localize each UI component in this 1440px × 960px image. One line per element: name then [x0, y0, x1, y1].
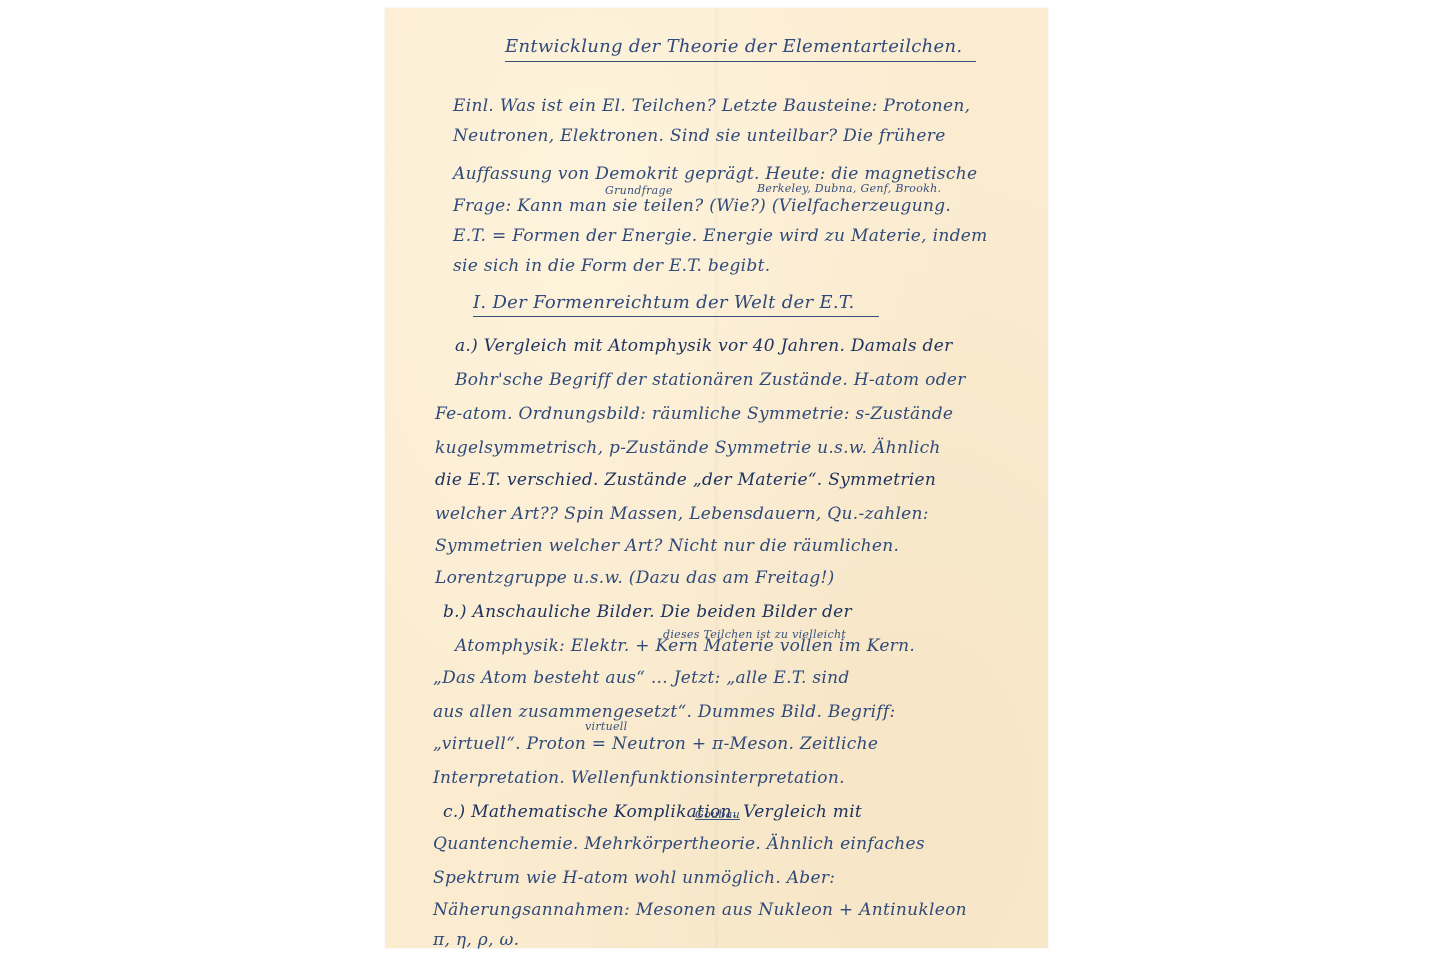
text-line: welcher Art?? Spin Massen, Lebensdauern,…	[435, 504, 929, 524]
text-line: Neutronen, Elektronen. Sind sie unteilba…	[453, 126, 946, 146]
page-title: Entwicklung der Theorie der Elementartei…	[505, 36, 976, 62]
text-line: c.) Mathematische Komplikation. Vergleic…	[443, 802, 862, 822]
text-line: Lorentzgruppe u.s.w. (Dazu das am Freita…	[435, 568, 835, 588]
text-line: die E.T. verschied. Zustände „der Materi…	[435, 470, 936, 490]
text-line: b.) Anschauliche Bilder. Die beiden Bild…	[443, 602, 852, 622]
text-line: Bohr'sche Begriff der stationären Zustän…	[455, 370, 966, 390]
insertion-note: virtuell	[585, 720, 627, 733]
text-line: E.T. = Formen der Energie. Energie wird …	[453, 226, 988, 246]
text-line: Frage: Kann man sie teilen? (Wie?) (Viel…	[453, 196, 951, 216]
text-line: sie sich in die Form der E.T. begibt.	[453, 256, 770, 276]
insertion-note: Berkeley, Dubna, Genf, Brookh.	[757, 182, 941, 195]
text-line: π, η, ρ, ω.	[433, 930, 519, 950]
viewer-canvas: Entwicklung der Theorie der Elementartei…	[0, 0, 1440, 960]
text-line: Quantenchemie. Mehrkörpertheorie. Ähnlic…	[433, 834, 925, 854]
section-heading: I. Der Formenreichtum der Welt der E.T.	[473, 292, 879, 317]
text-line: Einl. Was ist ein El. Teilchen? Letzte B…	[453, 96, 970, 116]
text-line: Symmetrien welcher Art? Nicht nur die rä…	[435, 536, 899, 556]
text-line: aus allen zusammengesetzt“. Dummes Bild.…	[433, 702, 896, 722]
text-line: kugelsymmetrisch, p-Zustände Symmetrie u…	[435, 438, 941, 458]
text-line: Näherungsannahmen: Mesonen aus Nukleon +…	[433, 900, 967, 920]
text-line: Interpretation. Wellenfunktionsinterpret…	[433, 768, 845, 788]
text-line: „virtuell“. Proton = Neutron + π-Meson. …	[433, 734, 878, 754]
text-line: Auffassung von Demokrit geprägt. Heute: …	[453, 164, 977, 184]
text-line: „Das Atom besteht aus“ ... Jetzt: „alle …	[433, 668, 850, 688]
text-line: a.) Vergleich mit Atomphysik vor 40 Jahr…	[455, 336, 953, 356]
insertion-note: dieses Teilchen ist zu vielleicht	[663, 628, 846, 641]
text-line: Spektrum wie H-atom wohl unmöglich. Aber…	[433, 868, 835, 888]
manuscript-page: Entwicklung der Theorie der Elementartei…	[385, 8, 1048, 948]
text-line: Fe-atom. Ordnungsbild: räumliche Symmetr…	[435, 404, 953, 424]
insertion-note: Goubau	[695, 808, 740, 821]
